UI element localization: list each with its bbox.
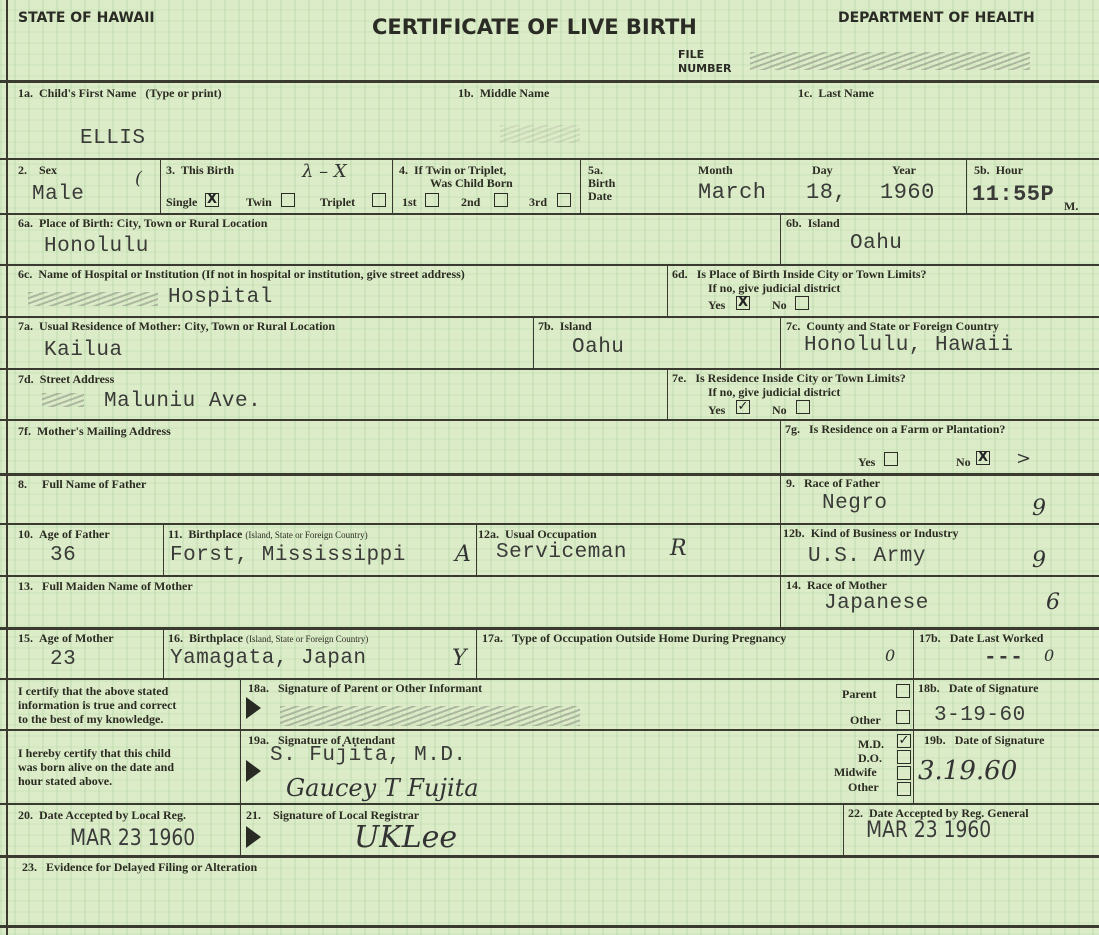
7g-note: > — [1016, 448, 1031, 469]
field-10-label: 10. Age of Father — [18, 528, 110, 541]
state-label: STATE OF HAWAII — [18, 10, 155, 26]
6d-yes-checkbox[interactable]: X — [736, 296, 750, 310]
informant-signature-redacted[interactable] — [280, 706, 580, 726]
divider — [0, 855, 1099, 858]
parent-label: Parent — [842, 688, 876, 701]
divider — [0, 316, 1099, 318]
divider — [163, 523, 164, 575]
divider — [0, 264, 1099, 266]
mother-residence-county: Honolulu, Hawaii — [804, 334, 1014, 357]
other-attendant-label: Other — [848, 781, 879, 794]
midwife-checkbox[interactable] — [897, 766, 911, 780]
informant-certification: I certify that the above stated informat… — [18, 684, 176, 726]
father-industry-code: 9 — [1032, 548, 1046, 573]
divider — [160, 158, 161, 213]
field-4-label-2: Was Child Born — [430, 177, 513, 190]
third-checkbox[interactable] — [557, 193, 571, 207]
6d-yes-label: Yes — [708, 299, 725, 312]
divider — [0, 803, 1099, 805]
local-registrar-signature[interactable]: UKLee — [354, 820, 457, 855]
7g-no-label: No — [956, 456, 971, 469]
field-17b-label: 17b. Date Last Worked — [919, 632, 1043, 645]
birth-code: λ – X — [302, 161, 347, 182]
informant-signature-date: 3-19-60 — [934, 704, 1026, 727]
field-23-label: 23. Evidence for Delayed Filing or Alter… — [22, 861, 257, 874]
attendant-typed-name: S. Fujita, M.D. — [270, 744, 467, 767]
hospital-name-redacted — [28, 292, 158, 306]
field-6d-label-2: If no, give judicial district — [708, 282, 840, 295]
field-1c-label: 1c. Last Name — [798, 87, 874, 100]
divider — [0, 627, 1099, 630]
field-1b-label: 1b. Middle Name — [458, 87, 549, 100]
divider — [476, 523, 477, 575]
birth-year: 1960 — [880, 180, 935, 205]
7e-yes-label: Yes — [708, 404, 725, 417]
divider — [0, 729, 1099, 731]
field-8-label: 8. Full Name of Father — [18, 478, 146, 491]
birth-day: 18, — [806, 180, 847, 205]
6d-no-label: No — [772, 299, 787, 312]
street-number-redacted — [42, 393, 84, 407]
do-label: D.O. — [858, 752, 882, 765]
race-of-father: Negro — [822, 492, 888, 515]
triplet-checkbox[interactable] — [372, 193, 386, 207]
field-19b-label: 19b. Date of Signature — [924, 734, 1044, 747]
divider — [667, 264, 668, 316]
7e-yes-checkbox[interactable]: ✓ — [736, 400, 750, 414]
divider — [0, 368, 1099, 370]
do-checkbox[interactable] — [897, 750, 911, 764]
hospital-name: Hospital — [168, 286, 273, 309]
divider — [667, 368, 668, 419]
place-of-birth: Honolulu — [44, 235, 149, 258]
birth-island: Oahu — [850, 232, 902, 255]
mother-residence-city: Kailua — [44, 339, 123, 362]
field-17a-label: 17a. Type of Occupation Outside Home Dur… — [482, 632, 786, 645]
field-5b-label: 5b. Hour — [974, 164, 1023, 177]
first-label: 1st — [402, 196, 417, 209]
divider — [0, 213, 1099, 215]
mother-residence-island: Oahu — [572, 336, 624, 359]
divider — [0, 419, 1099, 421]
department-label: DEPARTMENT OF HEALTH — [838, 10, 1035, 26]
field-6c-label: 6c. Name of Hospital or Institution (If … — [18, 268, 465, 281]
field-7b-label: 7b. Island — [538, 320, 592, 333]
field-6d-label: 6d. Is Place of Birth Inside City or Tow… — [672, 268, 927, 281]
hour-suffix: M. — [1064, 200, 1078, 213]
field-9-label: 9. Race of Father — [786, 477, 880, 490]
divider — [240, 678, 241, 855]
field-15-label: 15. Age of Mother — [18, 632, 114, 645]
field-12a-label: 12a. Usual Occupation — [478, 528, 597, 541]
attendant-certification: I hereby certify that this child was bor… — [18, 746, 174, 788]
race-of-father-code: 9 — [1032, 496, 1046, 521]
field-7e-label-2: If no, give judicial district — [708, 386, 840, 399]
field-7e-label: 7e. Is Residence Inside City or Town Lim… — [672, 372, 906, 385]
7g-no-checkbox[interactable]: X — [976, 451, 990, 465]
registrar-general-date-stamp: MAR 23 1960 — [866, 818, 991, 843]
divider — [0, 678, 1099, 680]
father-birthplace: Forst, Mississippi — [170, 544, 406, 567]
6d-no-checkbox[interactable] — [795, 296, 809, 310]
divider — [580, 158, 581, 213]
divider — [533, 316, 534, 368]
race-of-mother: Japanese — [824, 592, 929, 615]
field-13-label: 13. Full Maiden Name of Mother — [18, 580, 193, 593]
day-label: Day — [812, 164, 833, 177]
year-label: Year — [892, 164, 916, 177]
divider — [476, 627, 477, 678]
birth-hour: 11:55P — [972, 182, 1054, 207]
second-label: 2nd — [461, 196, 480, 209]
divider — [0, 575, 1099, 577]
divider — [0, 473, 1099, 476]
sign-here-arrow-icon — [246, 760, 261, 782]
7g-yes-checkbox[interactable] — [884, 452, 898, 466]
field-20-label: 20. Date Accepted by Local Reg. — [18, 809, 186, 822]
other-informant-label: Other — [850, 714, 881, 727]
7g-yes-label: Yes — [858, 456, 875, 469]
twin-label: Twin — [246, 196, 272, 209]
mother-birthplace: Yamagata, Japan — [170, 647, 367, 670]
local-registrar-date-stamp: MAR 23 1960 — [70, 826, 195, 851]
race-of-mother-code: 6 — [1046, 590, 1060, 615]
third-label: 3rd — [529, 196, 547, 209]
age-of-mother: 23 — [50, 648, 76, 671]
field-1a-label: 1a. Child's First Name (Type or print) — [18, 87, 222, 100]
7e-no-checkbox[interactable] — [796, 400, 810, 414]
field-7f-label: 7f. Mother's Mailing Address — [18, 425, 171, 438]
father-occupation: Serviceman — [496, 541, 627, 564]
other-informant-checkbox[interactable] — [896, 710, 910, 724]
field-6b-label: 6b. Island — [786, 217, 840, 230]
father-occupation-code: R — [670, 536, 687, 561]
middle-name-redacted — [500, 125, 580, 143]
field-3-label: 3. This Birth — [166, 164, 234, 177]
twin-checkbox[interactable] — [281, 193, 295, 207]
birth-month: March — [698, 180, 767, 205]
divider — [780, 473, 781, 627]
md-label: M.D. — [858, 738, 884, 751]
child-first-name: ELLIS — [80, 127, 146, 150]
field-16-label: 16. Birthplace (Island, State or Foreign… — [168, 632, 368, 646]
sign-here-arrow-icon — [246, 826, 261, 848]
document-title: CERTIFICATE OF LIVE BIRTH — [372, 15, 697, 39]
sex-value: Male — [32, 183, 84, 206]
attendant-signature-date: 3.19.60 — [918, 756, 1017, 786]
sign-here-arrow-icon — [246, 697, 261, 719]
parent-checkbox[interactable] — [896, 684, 910, 698]
month-label: Month — [698, 164, 733, 177]
occupation-pregnancy-code: 0 — [885, 646, 895, 665]
7e-no-label: No — [772, 404, 787, 417]
divider — [0, 80, 1099, 83]
left-border — [6, 0, 8, 935]
field-2-label: 2. Sex — [18, 164, 57, 177]
field-7d-label: 7d. Street Address — [18, 373, 114, 386]
divider — [0, 158, 1099, 160]
second-checkbox[interactable] — [494, 193, 508, 207]
street-address: Maluniu Ave. — [104, 390, 261, 413]
midwife-label: Midwife — [834, 766, 877, 779]
field-5a-date: Date — [588, 190, 612, 203]
father-birthplace-code: A — [455, 542, 471, 567]
field-12b-label: 12b. Kind of Business or Industry — [783, 527, 959, 540]
divider — [163, 627, 164, 678]
single-checkbox[interactable]: X — [205, 193, 219, 207]
field-6a-label: 6a. Place of Birth: City, Town or Rural … — [18, 217, 267, 230]
field-7c-label: 7c. County and State or Foreign Country — [786, 320, 999, 333]
divider — [780, 316, 781, 368]
mother-birthplace-code: Y — [452, 646, 467, 671]
triplet-label: Triplet — [320, 196, 355, 209]
divider — [780, 213, 781, 264]
other-attendant-checkbox[interactable] — [897, 782, 911, 796]
file-number-redacted — [750, 52, 1030, 70]
field-7a-label: 7a. Usual Residence of Mother: City, Tow… — [18, 320, 335, 333]
field-18a-label: 18a. Signature of Parent or Other Inform… — [248, 682, 482, 695]
divider — [843, 803, 844, 855]
age-of-father: 36 — [50, 544, 76, 567]
md-checkbox[interactable]: ✓ — [897, 734, 911, 748]
number-label: NUMBER — [678, 62, 731, 75]
divider — [913, 627, 914, 803]
first-checkbox[interactable] — [425, 193, 439, 207]
divider — [0, 925, 1099, 928]
divider — [0, 523, 1099, 525]
attendant-signature[interactable]: Gaucey T Fujita — [286, 774, 479, 802]
field-11-label: 11. Birthplace (Island, State or Foreign… — [168, 528, 368, 542]
sex-code: ( — [135, 168, 142, 189]
divider — [966, 158, 967, 213]
field-18b-label: 18b. Date of Signature — [918, 682, 1038, 695]
divider — [780, 419, 781, 473]
date-last-worked-code: 0 — [1044, 646, 1054, 665]
divider — [392, 158, 393, 213]
field-7g-label: 7g. Is Residence on a Farm or Plantation… — [785, 423, 1005, 436]
file-label: FILE — [678, 48, 704, 61]
date-last-worked: --- — [984, 647, 1023, 670]
single-label: Single — [166, 196, 197, 209]
field-14-label: 14. Race of Mother — [786, 579, 887, 592]
father-industry: U.S. Army — [808, 545, 926, 568]
